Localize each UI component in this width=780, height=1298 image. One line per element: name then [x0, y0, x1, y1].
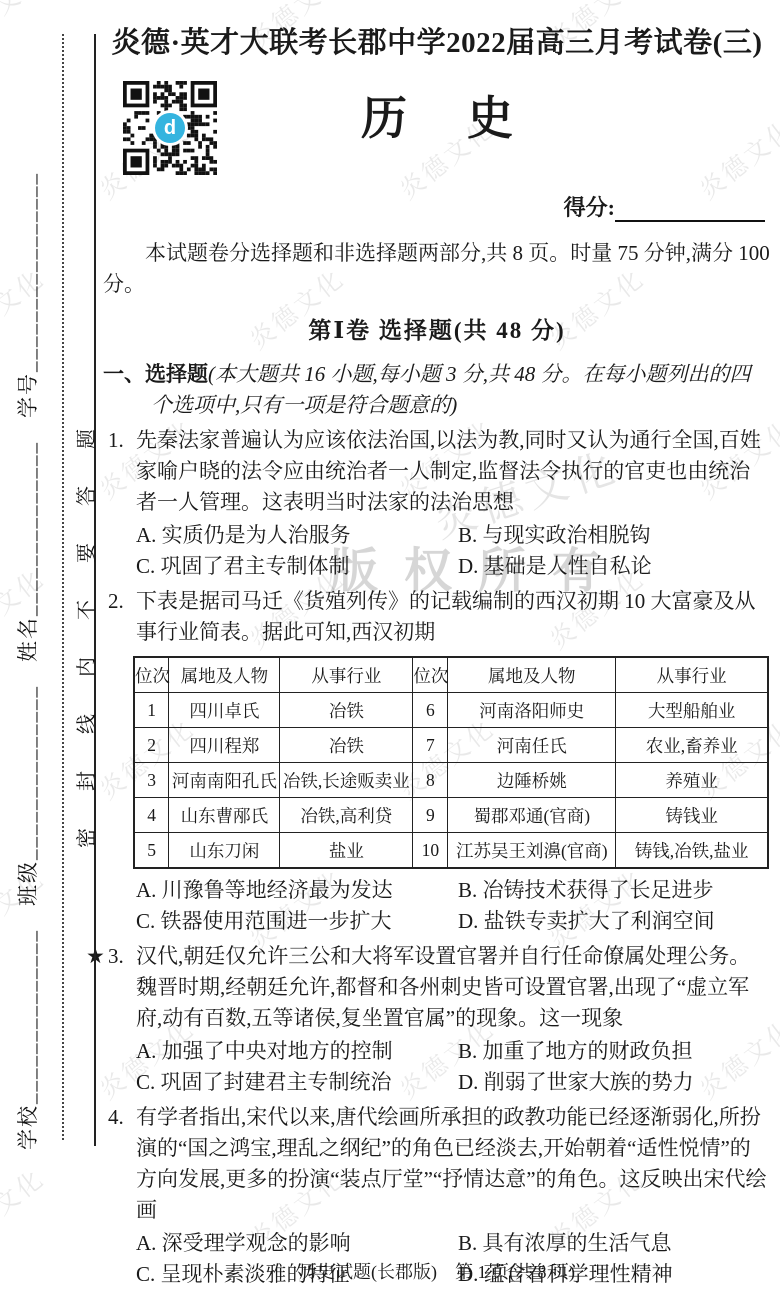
table-row: 3 河南南阳孔氏 冶铁,长途贩卖业 8 边陲桥姚 养殖业	[134, 763, 768, 798]
question-1: 1.先秦法家普遍认为应该依法治国,以法为教,同时又认为通行全国,百姓家喻户晓的法…	[103, 425, 771, 582]
question-number: 2.	[108, 586, 124, 617]
table-cell: 农业,畜养业	[616, 728, 768, 763]
option-b: B. 具有浓厚的生活气息	[458, 1228, 771, 1259]
score-label: 得分:	[564, 195, 615, 220]
option-c: C. 巩固了封建君主专制统治	[136, 1067, 458, 1098]
table-header-cell: 位次	[413, 657, 448, 693]
table-cell: 2	[134, 728, 169, 763]
table-cell: 铸钱业	[616, 798, 768, 833]
table-cell: 边陲桥姚	[448, 763, 616, 798]
part1-heading: 第Ⅰ卷 选择题(共 48 分)	[103, 312, 771, 345]
student-info-fields: 学校______________ 班级______________ 姓名____…	[12, 40, 42, 1150]
rich-merchants-table: 位次 属地及人物 从事行业 位次 属地及人物 从事行业 1 四川卓氏 冶铁 6 …	[133, 656, 769, 869]
table-cell: 冶铁,高利贷	[280, 798, 413, 833]
option-a: A. 川豫鲁等地经济最为发达	[136, 875, 458, 906]
intro-paragraph: 本试题卷分选择题和非选择题两部分,共 8 页。时量 75 分钟,满分 100 分…	[103, 238, 771, 300]
seal-solid-line	[94, 34, 96, 1146]
question-star: ★	[86, 941, 105, 972]
question-2: 2.下表是据司马迁《货殖列传》的记载编制的西汉初期 10 大富豪及从事行业简表。…	[103, 586, 771, 937]
header-title: 炎德·英才大联考长郡中学2022届高三月考试卷(三)	[103, 20, 771, 61]
table-cell: 河南南阳孔氏	[169, 763, 280, 798]
table-cell: 6	[413, 693, 448, 728]
option-d: D. 基础是人性自私论	[458, 551, 771, 582]
qr-logo-icon: d	[155, 113, 185, 143]
table-cell: 冶铁,长途贩卖业	[280, 763, 413, 798]
table-cell: 蜀郡邓通(官商)	[448, 798, 616, 833]
option-a: A. 加强了中央对地方的控制	[136, 1036, 458, 1067]
options-grid: A. 实质仍是为人治服务 B. 与现实政治相脱钩 C. 巩固了君主专制体制 D.…	[136, 520, 771, 582]
score-row: 得分:	[103, 191, 765, 222]
table-cell: 冶铁	[280, 693, 413, 728]
table-cell: 7	[413, 728, 448, 763]
watermark-text: 炎德文化	[0, 1159, 51, 1256]
option-b: B. 与现实政治相脱钩	[458, 520, 771, 551]
table-cell: 4	[134, 798, 169, 833]
watermark-text: 炎德文化	[0, 559, 51, 656]
table-cell: 山东刀闲	[169, 833, 280, 869]
table-cell: 3	[134, 763, 169, 798]
section-note: (本大题共 16 小题,每小题 3 分,共 48 分。在每小题列出的四个选项中,…	[151, 362, 751, 417]
watermark-text: 炎德文化	[0, 259, 51, 356]
question-stem: 下表是据司马迁《货殖列传》的记载编制的西汉初期 10 大富豪及从事行业简表。据此…	[136, 589, 756, 644]
table-header-cell: 从事行业	[280, 657, 413, 693]
table-cell: 10	[413, 833, 448, 869]
table-header-cell: 位次	[134, 657, 169, 693]
table-header-cell: 从事行业	[616, 657, 768, 693]
option-c: C. 巩固了君主专制体制	[136, 551, 458, 582]
footer-text: 历史试题(长郡版) 第 1 页(共 8 页)	[103, 1258, 771, 1284]
table-cell: 四川程郑	[169, 728, 280, 763]
table-cell: 四川卓氏	[169, 693, 280, 728]
table-cell: 山东曹邴氏	[169, 798, 280, 833]
qr-code: d	[123, 81, 217, 175]
option-d: D. 削弱了世家大族的势力	[458, 1067, 771, 1098]
score-blank	[615, 198, 765, 222]
table-cell: 河南任氏	[448, 728, 616, 763]
question-number: 1.	[108, 425, 124, 456]
seal-text: 密封线内不要答题	[70, 368, 99, 848]
table-cell: 江苏吴王刘濞(官商)	[448, 833, 616, 869]
question-number: 3.	[108, 941, 124, 972]
option-b: B. 加重了地方的财政负担	[458, 1036, 771, 1067]
question-3: ★3.汉代,朝廷仅允许三公和大将军设置官署并自行任命僚属处理公务。魏晋时期,经朝…	[103, 941, 771, 1098]
options-grid: A. 加强了中央对地方的控制 B. 加重了地方的财政负担 C. 巩固了封建君主专…	[136, 1036, 771, 1098]
table-row: 5 山东刀闲 盐业 10 江苏吴王刘濞(官商) 铸钱,冶铁,盐业	[134, 833, 768, 869]
table-row: 4 山东曹邴氏 冶铁,高利贷 9 蜀郡邓通(官商) 铸钱业	[134, 798, 768, 833]
option-b: B. 冶铸技术获得了长足进步	[458, 875, 771, 906]
table-cell: 冶铁	[280, 728, 413, 763]
table-cell: 5	[134, 833, 169, 869]
question-stem: 汉代,朝廷仅允许三公和大将军设置官署并自行任命僚属处理公务。魏晋时期,经朝廷允许…	[136, 944, 750, 1030]
option-c: C. 铁器使用范围进一步扩大	[136, 906, 458, 937]
table-header-cell: 属地及人物	[448, 657, 616, 693]
section-instructions: 一、选择题(本大题共 16 小题,每小题 3 分,共 48 分。在每小题列出的四…	[103, 359, 771, 421]
table-cell: 养殖业	[616, 763, 768, 798]
subject-row: d 历史	[103, 61, 771, 177]
watermark-text: 炎德文化	[0, 859, 51, 956]
table-cell: 大型船舶业	[616, 693, 768, 728]
table-cell: 盐业	[280, 833, 413, 869]
option-a: A. 深受理学观念的影响	[136, 1228, 458, 1259]
question-stem: 有学者指出,宋代以来,唐代绘画所承担的政教功能已经逐渐弱化,所扮演的“国之鸿宝,…	[136, 1105, 767, 1222]
question-stem: 先秦法家普遍认为应该依法治国,以法为教,同时又认为通行全国,百姓家喻户晓的法令应…	[136, 428, 761, 514]
table-cell: 河南洛阳师史	[448, 693, 616, 728]
section-heading: 一、选择题	[103, 362, 208, 386]
question-number: 4.	[108, 1102, 124, 1133]
watermark-text: 炎德文化	[0, 0, 51, 57]
options-grid: A. 川豫鲁等地经济最为发达 B. 冶铸技术获得了长足进步 C. 铁器使用范围进…	[136, 875, 771, 937]
table-row: 2 四川程郑 冶铁 7 河南任氏 农业,畜养业	[134, 728, 768, 763]
option-a: A. 实质仍是为人治服务	[136, 520, 458, 551]
table-cell: 铸钱,冶铁,盐业	[616, 833, 768, 869]
option-d: D. 盐铁专卖扩大了利润空间	[458, 906, 771, 937]
seal-dotted-line	[62, 34, 64, 1140]
exam-page: 炎德·英才大联考长郡中学2022届高三月考试卷(三) d 历史 得分: 本试题卷…	[103, 20, 771, 1290]
table-row: 1 四川卓氏 冶铁 6 河南洛阳师史 大型船舶业	[134, 693, 768, 728]
table-cell: 9	[413, 798, 448, 833]
table-cell: 8	[413, 763, 448, 798]
table-cell: 1	[134, 693, 169, 728]
table-header-row: 位次 属地及人物 从事行业 位次 属地及人物 从事行业	[134, 657, 768, 693]
table-header-cell: 属地及人物	[169, 657, 280, 693]
